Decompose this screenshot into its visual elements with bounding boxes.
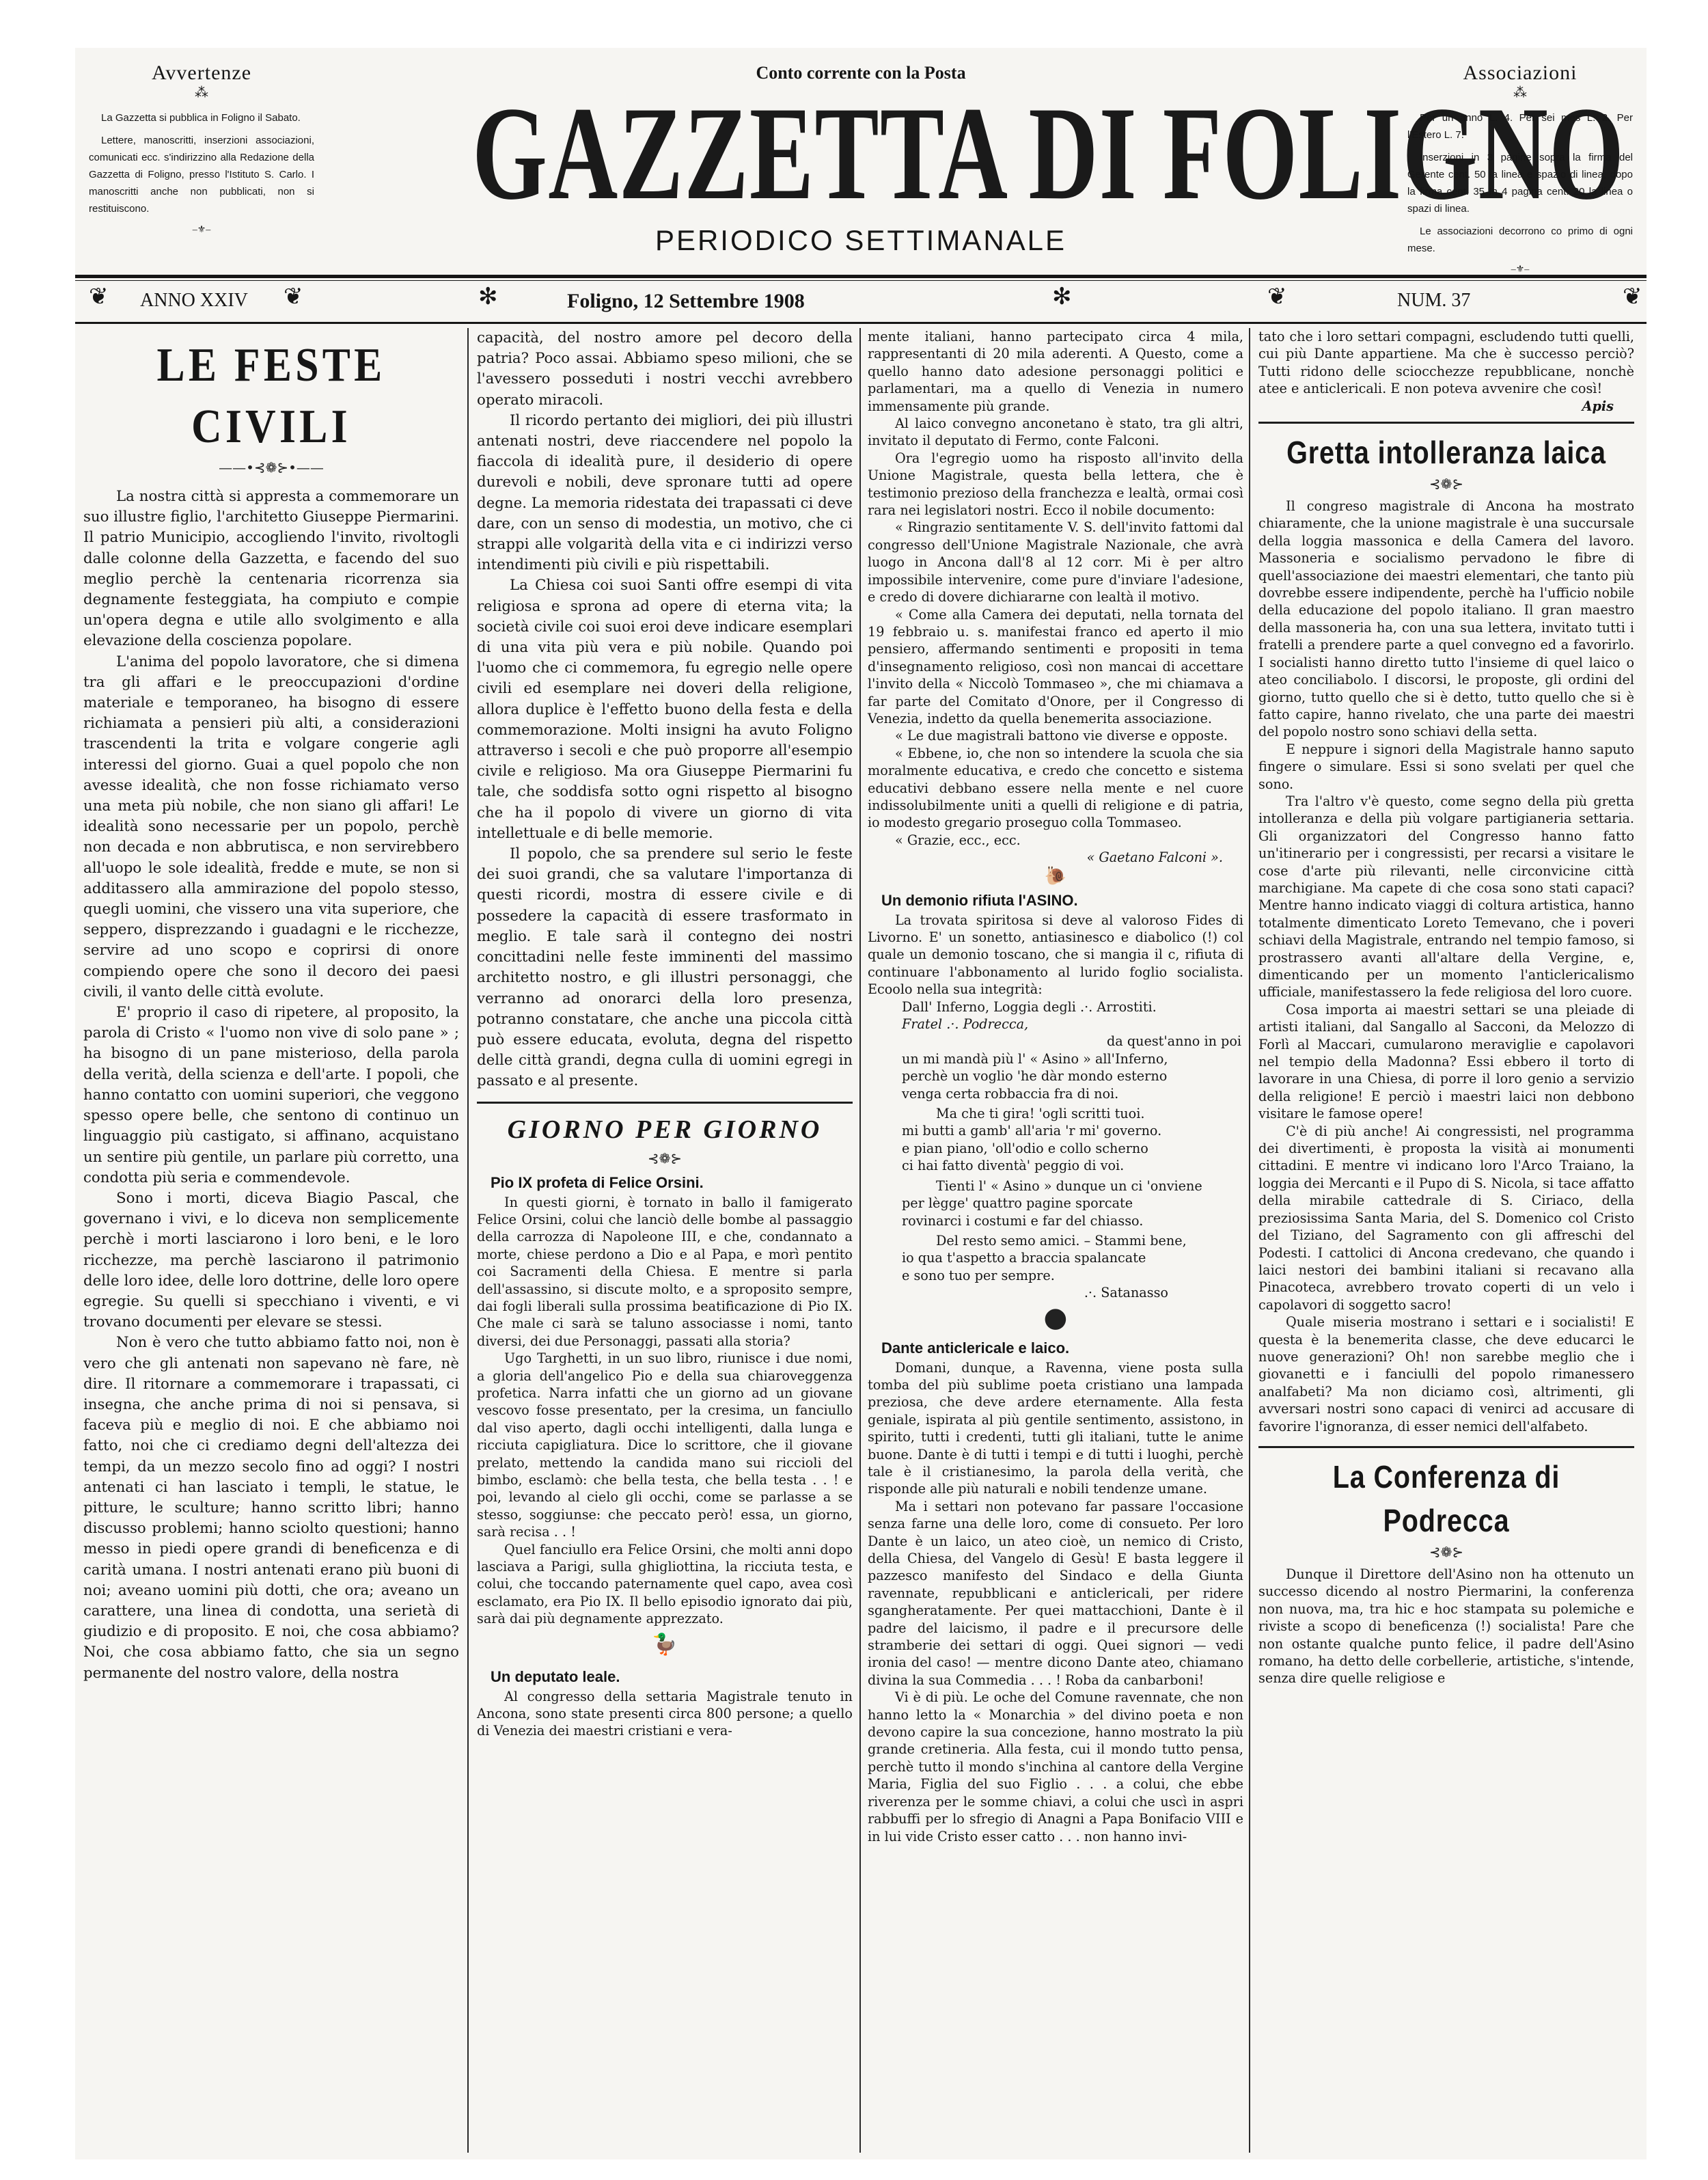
associazioni-text: Per un anno L. 4. Per sei mes L. 2. Per … (1407, 109, 1633, 257)
bird-icon: 🦆 (477, 1628, 853, 1662)
poem-line: Dall' Inferno, Loggia degli .·. Arrostit… (902, 998, 1243, 1016)
headline-le-feste-civili: LE FESTE CIVILI (106, 335, 437, 458)
poem-line: e sono tuo per sempre. (902, 1267, 1243, 1284)
poem-line: mi butti a gamb' all'aria 'r mi' governo… (902, 1122, 1243, 1139)
article-paragraph: Il ricordo pertanto dei migliori, dei pi… (477, 411, 853, 576)
article-paragraph: Sono i morti, diceva Biagio Pascal, che … (83, 1188, 459, 1333)
subheading-pio-ix: Pio IX profeta di Felice Orsini. (477, 1172, 853, 1194)
article-paragraph: Il popolo, che sa prendere sul serio le … (477, 844, 853, 1091)
poem-line: Tienti l' « Asino » dunque un ci 'onvien… (902, 1177, 1243, 1195)
associazioni-paragraph: Le associazioni decorrono co primo di og… (1407, 223, 1633, 257)
article-paragraph: Vi è di più. Le oche del Comune ravennat… (868, 1689, 1243, 1845)
article-paragraph: Ma i settari non potevano far passare l'… (868, 1498, 1243, 1689)
sonnet: Dall' Inferno, Loggia degli .·. Arrostit… (868, 998, 1243, 1285)
star-ornament-icon: ✻ (478, 283, 498, 310)
article-paragraph: capacità, del nostro amore pel decoro de… (477, 328, 853, 411)
associazioni-box: Associazioni ⁂ Per un anno L. 4. Per sei… (1407, 62, 1633, 275)
avvertenze-paragraph: Lettere, manoscritti, inserzioni associa… (89, 132, 314, 217)
article-paragraph: Al congresso della settaria Magistrale t… (477, 1688, 853, 1740)
column-2: capacità, del nostro amore pel decoro de… (477, 328, 853, 1740)
article-paragraph: L'anima del popolo lavoratore, che si di… (83, 652, 459, 1003)
letter-paragraph: « Ebbene, io, che non so intendere la sc… (868, 745, 1243, 832)
poem-line: rovinarci i costumi e far del chiasso. (902, 1212, 1243, 1229)
dateline: Foligno, 12 Settembre 1908 (567, 290, 805, 313)
section-title-giorno-per-giorno: GIORNO PER GIORNO (477, 1111, 853, 1149)
newspaper-page: Avvertenze ⁂ La Gazzetta si pubblica in … (75, 48, 1647, 2159)
article-paragraph: La nostra città si appresta a commemorar… (83, 487, 459, 652)
signature-apis: Apis (1258, 398, 1634, 415)
ornament-icon: –⚜– (1407, 264, 1633, 275)
associazioni-paragraph: Inserzioni in 3 pagine sopra la firma de… (1407, 149, 1633, 217)
article-paragraph: E' proprio il caso di ripetere, al propo… (83, 1003, 459, 1188)
article-paragraph: tato che i loro settari compagni, esclud… (1258, 328, 1634, 398)
newspaper-subtitle: PERIODICO SETTIMANALE (471, 224, 1250, 257)
article-paragraph: Ora l'egregio uomo ha risposto all'invit… (868, 450, 1243, 519)
fleuron-icon: ❦ (1267, 283, 1287, 310)
article-paragraph: Non è vero che tutto abbiamo fatto noi, … (83, 1333, 459, 1683)
section-rule (1258, 1446, 1634, 1448)
signature-satanasso: .·. Satanasso (868, 1284, 1243, 1301)
article-paragraph: Tra l'altro v'è questo, come segno della… (1258, 793, 1634, 1001)
ornament-divider-icon: ⊰❁⊱ (1258, 1542, 1634, 1562)
poem-line: e pian piano, 'oll'odio e collo scherno (902, 1140, 1243, 1157)
fleuron-icon: ❦ (89, 283, 109, 310)
subheading-demonio: Un demonio rifiuta l'ASINO. (868, 890, 1243, 912)
associazioni-paragraph: Per un anno L. 4. Per sei mes L. 2. Per … (1407, 109, 1633, 144)
poem-line: da quest'anno in poi (902, 1033, 1243, 1050)
subheading-deputato-leale: Un deputato leale. (477, 1666, 853, 1688)
article-paragraph: Quel fanciullo era Felice Orsini, che mo… (477, 1541, 853, 1628)
anno-label: ANNO XXIV (140, 290, 248, 312)
date-bar: ❦ ANNO XXIV ❦ ✻ Foligno, 12 Settembre 19… (75, 280, 1647, 321)
poem-line: venga certa robbaccia fra di noi. (902, 1085, 1243, 1102)
article-paragraph: Ugo Targhetti, in un suo libro, riunisce… (477, 1350, 853, 1540)
article-paragraph: E neppure i signori della Magistrale han… (1258, 741, 1634, 793)
ornament-divider-icon: ——•⊰❁⊱•—— (83, 458, 459, 477)
avvertenze-text: La Gazzetta si pubblica in Foligno il Sa… (89, 109, 314, 217)
column-3: mente italiani, hanno partecipato circa … (868, 328, 1243, 1845)
datebar-rule (75, 322, 1647, 324)
masthead-rule (75, 275, 1647, 278)
poem-line: Del resto semo amici. – Stammi bene, (902, 1232, 1243, 1249)
star-ornament-icon: ⁂ (1407, 86, 1633, 100)
column-divider (859, 328, 861, 2153)
article-paragraph: Dunque il Direttore dell'Asino non ha ot… (1258, 1566, 1634, 1687)
ornament-icon: –⚜– (89, 224, 314, 236)
star-ornament-icon: ⁂ (89, 86, 314, 100)
avvertenze-title: Avvertenze (89, 62, 314, 85)
letter-paragraph: « Come alla Camera dei deputati, nella t… (868, 606, 1243, 728)
section-rule (477, 1102, 853, 1104)
newspaper-title: GAZZETTA DI FOLIGNO (472, 89, 1250, 219)
headline-gretta-intolleranza: Gretta intolleranza laica (1285, 431, 1608, 474)
column-divider (1249, 328, 1250, 2153)
headline-conferenza-podrecca: La Conferenza di Podrecca (1285, 1455, 1608, 1542)
associazioni-title: Associazioni (1407, 62, 1633, 85)
ornament-divider-icon: ⊰❁⊱ (1258, 474, 1634, 493)
section-rule (1258, 422, 1634, 424)
ornament-divider-icon: ⊰❁⊱ (477, 1149, 853, 1168)
poem-line: un mi mandà più l' « Asino » all'Inferno… (902, 1050, 1243, 1067)
fleuron-icon: ❦ (284, 283, 303, 310)
article-paragraph: C'è di più anche! Ai congressisti, nel p… (1258, 1123, 1634, 1313)
fleuron-icon: ❦ (1623, 283, 1642, 310)
column-divider (467, 328, 469, 2153)
letter-paragraph: « Ringrazio sentitamente V. S. dell'invi… (868, 519, 1243, 605)
snail-icon: 🐌 (868, 867, 1243, 886)
poem-line: Fratel .·. Podrecca, (902, 1016, 1243, 1033)
bomb-icon: ● (868, 1302, 1243, 1333)
star-ornament-icon: ✻ (1052, 283, 1072, 310)
subheading-dante: Dante anticlericale e laico. (868, 1337, 1243, 1359)
avvertenze-box: Avvertenze ⁂ La Gazzetta si pubblica in … (89, 62, 314, 236)
poem-line: io qua t'aspetto a braccia spalancate (902, 1249, 1243, 1266)
article-paragraph: In questi giorni, è tornato in ballo il … (477, 1194, 853, 1350)
article-paragraph: La trovata spiritosa si deve al valoroso… (868, 912, 1243, 998)
poem-line: Ma che ti gira! 'ogli scritti tuoi. (902, 1105, 1243, 1122)
article-paragraph: La Chiesa coi suoi Santi offre esempi di… (477, 575, 853, 844)
column-4: tato che i loro settari compagni, esclud… (1258, 328, 1634, 1687)
poem-line: ci hai fatto diventà' peggio di voi. (902, 1157, 1243, 1174)
issue-number: NUM. 37 (1397, 290, 1470, 312)
article-paragraph: Domani, dunque, a Ravenna, viene posta s… (868, 1359, 1243, 1498)
article-paragraph: Il congreso magistrale di Ancona ha most… (1258, 498, 1634, 741)
article-paragraph: Cosa importa ai maestri settari se una p… (1258, 1001, 1634, 1123)
poem-line: per lègge' quattro pagine sporcate (902, 1195, 1243, 1212)
letter-paragraph: « Grazie, ecc., ecc. (868, 832, 1243, 849)
article-paragraph: Quale miseria mostrano i settari e i soc… (1258, 1313, 1634, 1435)
article-paragraph: mente italiani, hanno partecipato circa … (868, 328, 1243, 415)
masthead: Avvertenze ⁂ La Gazzetta si pubblica in … (75, 48, 1647, 273)
poem-line: perchè un voglio 'he dàr mondo esterno (902, 1067, 1243, 1085)
column-1: LE FESTE CIVILI ——•⊰❁⊱•—— La nostra citt… (83, 328, 459, 1684)
article-paragraph: Al laico convegno anconetano è stato, tr… (868, 415, 1243, 450)
letter-paragraph: « Le due magistrali battono vie diverse … (868, 727, 1243, 744)
avvertenze-paragraph: La Gazzetta si pubblica in Foligno il Sa… (89, 109, 314, 126)
signature-falconi: « Gaetano Falconi ». (868, 849, 1243, 866)
